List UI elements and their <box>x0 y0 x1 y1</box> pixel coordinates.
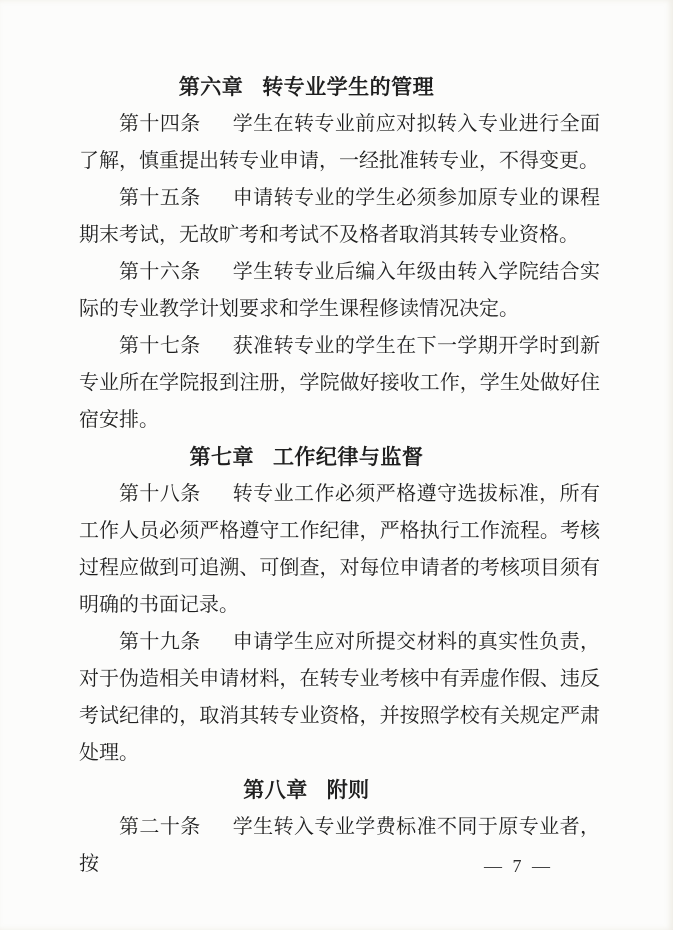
chapter-6-number: 第六章 <box>179 75 244 99</box>
article-17: 第十七条获准转专业的学生在下一学期开学时到新专业所在学院报到注册，学院做好接收工… <box>79 328 600 439</box>
document-body: 第六章转专业学生的管理 第十四条学生在转专业前应对拟转入专业进行全面了解，慎重提… <box>79 69 600 883</box>
article-14: 第十四条学生在转专业前应对拟转入专业进行全面了解，慎重提出转专业申请，一经批准转… <box>79 106 600 180</box>
chapter-7-heading: 第七章工作纪律与监督 <box>46 439 567 476</box>
article-16: 第十六条学生转专业后编入年级由转入学院结合实际的专业教学计划要求和学生课程修读情… <box>79 254 600 328</box>
article-14-label: 第十四条 <box>119 113 201 135</box>
article-15: 第十五条申请转专业的学生必须参加原专业的课程期末考试，无故旷考和考试不及格者取消… <box>79 180 600 254</box>
article-19: 第十九条申请学生应对所提交材料的真实性负责，对于伪造相关申请材料，在转专业考核中… <box>79 624 600 772</box>
chapter-6-heading: 第六章转专业学生的管理 <box>46 69 567 106</box>
chapter-6-title: 转专业学生的管理 <box>262 75 434 99</box>
article-15-label: 第十五条 <box>119 187 201 209</box>
chapter-7-title: 工作纪律与监督 <box>273 445 424 469</box>
article-16-label: 第十六条 <box>119 261 201 283</box>
article-18-label: 第十八条 <box>119 483 201 505</box>
article-17-label: 第十七条 <box>119 335 201 357</box>
chapter-7-number: 第七章 <box>190 445 255 469</box>
chapter-8-heading: 第八章附则 <box>46 772 567 809</box>
page-number: — 7 — <box>484 853 553 879</box>
article-19-label: 第十九条 <box>119 631 201 653</box>
scanned-document-page: 第六章转专业学生的管理 第十四条学生在转专业前应对拟转入专业进行全面了解，慎重提… <box>0 0 673 930</box>
chapter-8-number: 第八章 <box>243 778 308 802</box>
article-18: 第十八条转专业工作必须严格遵守选拔标准，所有工作人员必须严格遵守工作纪律，严格执… <box>79 476 600 624</box>
chapter-8-title: 附则 <box>327 778 370 802</box>
article-20-label: 第二十条 <box>119 816 201 838</box>
